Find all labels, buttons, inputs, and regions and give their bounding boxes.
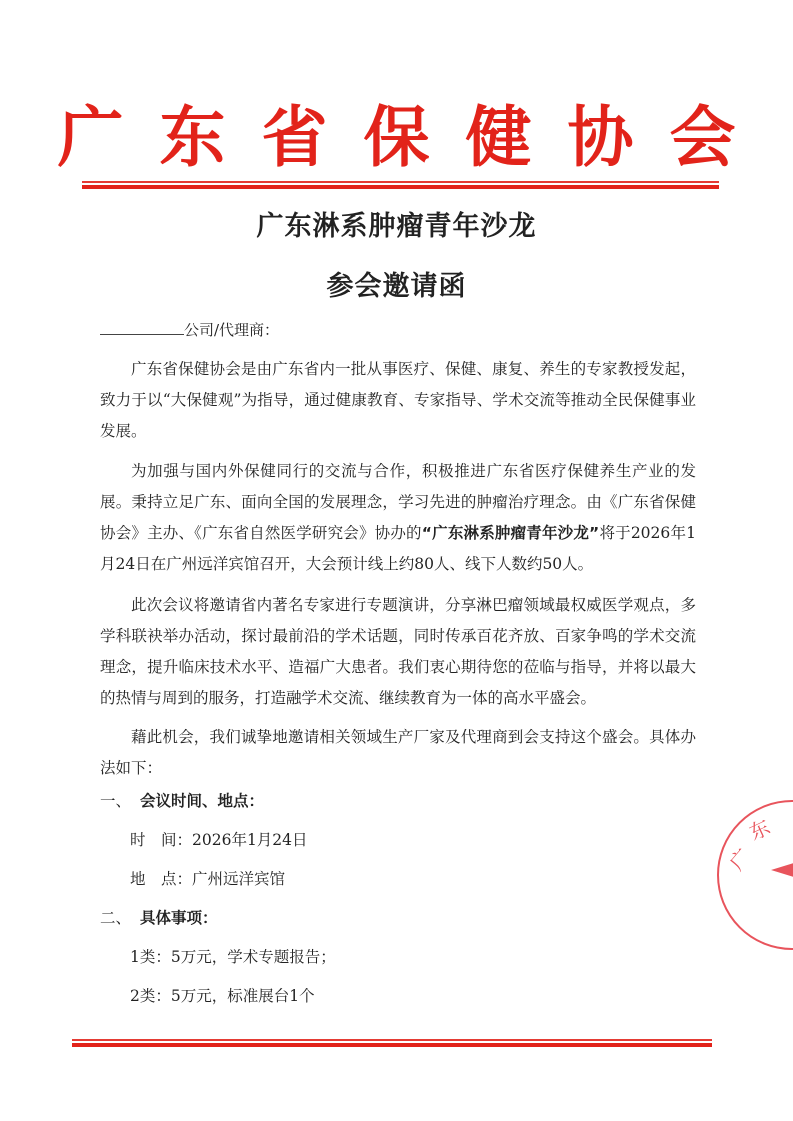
letterhead-char: 广 (57, 98, 125, 178)
paragraph-intro: 广东省保健协会是由广东省内一批从事医疗、保健、康复、养生的专家教授发起，致力于以… (100, 354, 696, 447)
sponsorship-tier-1: 1类：5万元，学术专题报告； (130, 945, 336, 967)
letterhead-char: 省 (261, 98, 329, 178)
addressee-suffix: 公司/代理商： (184, 321, 279, 339)
addressee-line: 公司/代理商： (100, 319, 279, 340)
section-heading-time-place: 一、会议时间、地点： (100, 789, 264, 811)
footer-divider (72, 1039, 712, 1047)
official-seal-stamp: 广 东 (717, 800, 793, 950)
section-heading-details: 二、具体事项： (100, 906, 218, 928)
stamp-char: 东 (744, 811, 774, 846)
stamp-star-icon (771, 862, 793, 878)
stamp-char: 广 (721, 842, 756, 876)
document-subtitle: 参会邀请函 (0, 264, 793, 303)
section-number: 一、 (100, 789, 140, 811)
document-title: 广东淋系肿瘤青年沙龙 (0, 204, 793, 243)
header-divider (82, 181, 719, 189)
detail-place: 地 点：广州远洋宾馆 (130, 867, 285, 889)
letterhead-char: 健 (465, 98, 533, 178)
event-name-bold: “广东淋系肿瘤青年沙龙” (422, 524, 599, 542)
addressee-blank (100, 320, 184, 335)
section-title: 具体事项： (140, 909, 218, 927)
detail-time: 时 间：2026年1月24日 (130, 828, 308, 850)
paragraph-event-info: 为加强与国内外保健同行的交流与合作，积极推进广东省医疗保健养生产业的发展。秉持立… (100, 456, 696, 580)
sponsorship-tier-2: 2类：5万元，标准展台1个 (130, 984, 315, 1006)
paragraph-invitation: 藉此机会，我们诚挚地邀请相关领域生产厂家及代理商到会支持这个盛会。具体办法如下： (100, 722, 696, 784)
letterhead-char: 会 (669, 98, 737, 178)
paragraph-agenda: 此次会议将邀请省内著名专家进行专题演讲，分享淋巴瘤领域最权威医学观点，多学科联袂… (100, 590, 696, 714)
letterhead-char: 东 (159, 98, 227, 178)
letterhead-char: 保 (363, 98, 431, 178)
letterhead-char: 协 (567, 98, 635, 178)
section-number: 二、 (100, 906, 140, 928)
section-title: 会议时间、地点： (140, 792, 264, 810)
letterhead-org-name: 广 东 省 保 健 协 会 (0, 98, 793, 178)
